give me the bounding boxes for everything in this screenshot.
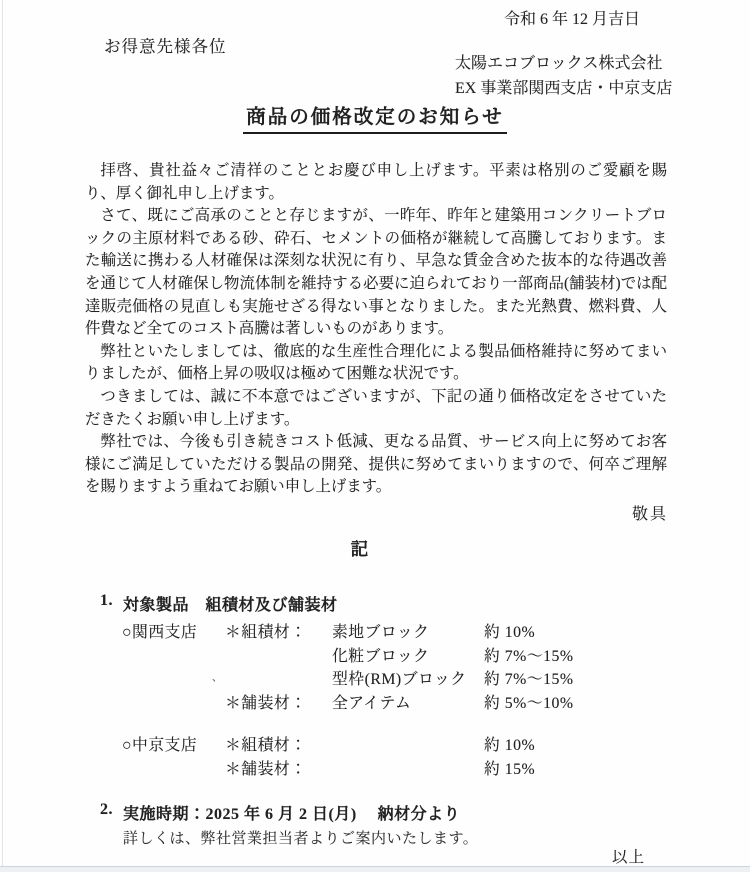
branch-name: ○中京支店 bbox=[122, 734, 225, 758]
section-1-number: 1. bbox=[100, 592, 123, 615]
body-paragraph-commitment: 弊社では、今後も引き続きコスト低減、更なる品質、サービス向上に努めてお客様にご満… bbox=[85, 431, 667, 499]
body-paragraph-effort: 弊社といたしましては、徹底的な生産性合理化による製品価格維持に努めてまいりました… bbox=[85, 341, 667, 386]
letter-page: 令和 6 年 12 月吉日 お得意先様各位 太陽エコブロックス株式会社 EX 事… bbox=[0, 0, 750, 872]
section-1-title: 対象製品 組積材及び舗装材 bbox=[123, 592, 338, 615]
rate-cell: 約 15% bbox=[484, 758, 535, 782]
branch-name-empty bbox=[122, 758, 225, 782]
category-cell: ＊組積材： bbox=[225, 621, 332, 645]
product-cell: 素地ブロック bbox=[332, 621, 484, 645]
sender-department: EX 事業部関西支店・中京支店 bbox=[455, 75, 672, 98]
letter-date: 令和 6 年 12 月吉日 bbox=[0, 6, 640, 29]
section-2-number: 2. bbox=[100, 801, 123, 824]
price-table-kansai: ○関西支店 ＊組積材： 素地ブロック 約 10% 化粧ブロック 約 7%～15%… bbox=[122, 621, 574, 715]
section-2-title: 実施時期：2025 年 6 月 2 日(月) 納材分より bbox=[123, 801, 460, 824]
product-cell: 化粧ブロック bbox=[332, 645, 484, 669]
product-cell: 全アイテム bbox=[332, 692, 484, 716]
letter-body: 拝啓、貴社益々ご清祥のこととお慶び申し上げます。平素は格別のご愛顧を賜り、厚く御… bbox=[85, 160, 667, 499]
body-paragraph-background: さて、既にご高承のことと存じますが、一昨年、昨年と建築用コンクリートブロックの主… bbox=[85, 205, 667, 341]
letter-title: 商品の価格改定のお知らせ bbox=[243, 101, 506, 134]
schedule-note: 詳しくは、弊社営業担当者よりご案内いたします。 bbox=[123, 827, 478, 848]
body-paragraph-request: つきましては、誠に不本意ではございますが、下記の通り価格改定をさせていただきたく… bbox=[85, 386, 667, 431]
category-cell: ＊組積材： bbox=[225, 734, 332, 758]
category-cell: ＊舗装材： bbox=[225, 692, 332, 716]
body-paragraph-greeting: 拝啓、貴社益々ご清祥のこととお慶び申し上げます。平素は格別のご愛顧を賜り、厚く御… bbox=[85, 160, 667, 205]
rate-cell: 約 7%～15% bbox=[484, 668, 574, 692]
branch-name-empty bbox=[122, 692, 225, 716]
branch-name: ○関西支店 bbox=[122, 621, 225, 645]
section-2-heading: 2. 実施時期：2025 年 6 月 2 日(月) 納材分より bbox=[100, 801, 460, 824]
product-cell bbox=[332, 758, 484, 782]
end-marker-ijou: 以上 bbox=[612, 845, 645, 867]
page-bottom-edge-band bbox=[0, 866, 750, 872]
rate-cell: 約 10% bbox=[484, 734, 535, 758]
recipient-line: お得意先様各位 bbox=[104, 33, 227, 57]
price-table-chukyo: ○中京支店 ＊組積材： 約 10% ＊舗装材： 約 15% bbox=[122, 734, 535, 781]
rate-cell: 約 10% bbox=[484, 621, 574, 645]
product-cell: 型枠(RM)ブロック bbox=[332, 668, 484, 692]
branch-name-empty bbox=[122, 645, 225, 669]
page-left-edge-line bbox=[2, 0, 3, 872]
closing-keigu: 敬具 bbox=[632, 501, 668, 524]
branch-name-empty bbox=[122, 668, 225, 692]
rate-cell: 約 5%～10% bbox=[484, 692, 574, 716]
section-1-heading: 1. 対象製品 組積材及び舗装材 bbox=[100, 592, 338, 615]
category-cell: ＊舗装材： bbox=[225, 758, 332, 782]
category-cell bbox=[225, 668, 332, 692]
product-cell bbox=[332, 734, 484, 758]
record-marker-ki: 記 bbox=[0, 536, 720, 561]
category-cell bbox=[225, 645, 332, 669]
rate-cell: 約 7%～15% bbox=[484, 645, 574, 669]
scan-artifact-mark: 、 bbox=[212, 669, 222, 684]
sender-company: 太陽エコブロックス株式会社 bbox=[455, 50, 663, 73]
letter-title-wrap: 商品の価格改定のお知らせ bbox=[0, 101, 750, 134]
